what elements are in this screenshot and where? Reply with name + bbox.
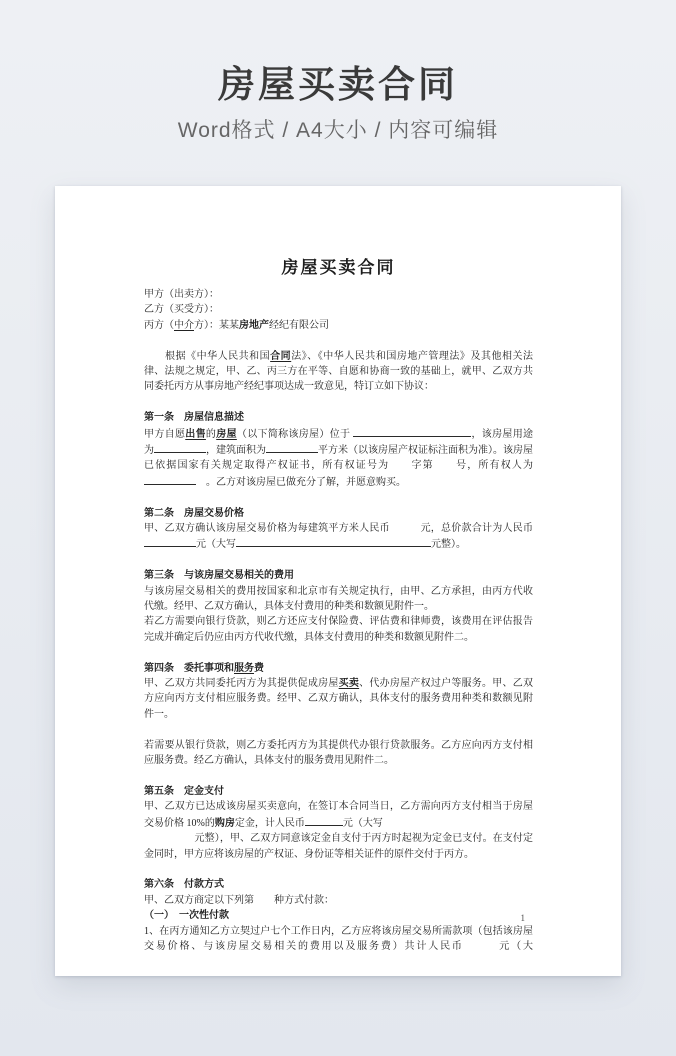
- section-heading: 第五条 定金支付: [144, 784, 533, 799]
- fill-in-blank: [144, 536, 196, 547]
- blank-line: [144, 490, 533, 505]
- text-run: 买卖: [339, 678, 360, 689]
- doc-paragraph: 若乙方需要向银行贷款，则乙方还应支付保险费、评估费和律师费，该费用在评估报告完成…: [144, 614, 533, 645]
- fill-in-blank: [144, 474, 196, 485]
- hero-title: 房屋买卖合同: [0, 62, 676, 108]
- blank-line: [144, 553, 533, 568]
- doc-title: 房屋买卖合同: [144, 256, 533, 280]
- text-run: 元整），甲、乙双方同意该定金自支付于丙方时起视为定金已支付。在支付定金同时，甲方…: [144, 833, 533, 859]
- text-run: 甲、乙双方共同委托丙方为其提供促成房屋: [144, 678, 339, 689]
- text-run: 第六条 付款方式: [144, 879, 224, 890]
- party-line: 乙方（买受方）：: [144, 302, 533, 317]
- text-run: 第四条 委托事项和: [144, 663, 234, 674]
- hero-subtitle: Word格式 / A4大小 / 内容可编辑: [0, 118, 676, 144]
- doc-paragraph: 元整），甲、乙双方同意该定金自支付于丙方时起视为定金已支付。在支付定金同时，甲方…: [144, 831, 533, 862]
- text-run: 的: [206, 429, 216, 440]
- sub-heading: （一） 一次性付款: [144, 908, 533, 923]
- doc-paragraph: 甲方自愿出售的房屋（以下简称该房屋）位于 ，该房屋用途为，建筑面积为平方米（以该…: [144, 426, 533, 491]
- text-run: 出售: [185, 429, 206, 440]
- text-run: 第一条 房屋信息描述: [144, 412, 244, 423]
- text-run: 中介: [174, 320, 194, 331]
- page-number: 1: [521, 913, 526, 923]
- text-run: 根据《中华人民共和国: [144, 351, 270, 362]
- text-run: 方）：某某: [194, 320, 239, 331]
- text-run: 定金，计人民币: [235, 818, 305, 829]
- section-heading: 第四条 委托事项和服务费: [144, 661, 533, 676]
- text-run: 1、在丙方通知乙方立契过户七个工作日内，乙方应将该房屋交易所需款项（包括该房屋交…: [144, 926, 533, 952]
- contract-page: 房屋买卖合同甲方（出卖方）：乙方（买受方）：丙方（中介方）：某某房地产经纪有限公…: [55, 186, 621, 976]
- blank-line: [144, 395, 533, 410]
- doc-paragraph: 甲、乙双方共同委托丙方为其提供促成房屋买卖、代办房屋产权过户等服务。甲、乙双方应…: [144, 676, 533, 722]
- doc-paragraph: 甲、乙双方已达成该房屋买卖意向，在签订本合同当日，乙方需向丙方支付相当于房屋交易…: [144, 799, 533, 831]
- fill-in-blank: [154, 442, 206, 453]
- doc-paragraph: 根据《中华人民共和国合同法》、《中华人民共和国房地产管理法》及其他相关法律、法规…: [144, 349, 533, 395]
- text-run: 元整）。: [431, 539, 466, 550]
- text-run: 第三条 与该房屋交易相关的费用: [144, 570, 294, 581]
- blank-line: [144, 645, 533, 660]
- text-run: 乙方（买受方）：: [144, 304, 219, 315]
- text-run: 房屋买卖合同: [282, 258, 396, 277]
- text-run: 若乙方需要向银行贷款，则乙方还应支付保险费、评估费和律师费，该费用在评估报告完成…: [144, 616, 533, 642]
- text-run: ，建筑面积为: [206, 445, 266, 456]
- fill-in-blank: [236, 536, 431, 547]
- text-run: 丙方（: [144, 320, 174, 331]
- text-run: 元（大写: [196, 539, 236, 550]
- section-heading: 第三条 与该房屋交易相关的费用: [144, 568, 533, 583]
- section-heading: 第六条 付款方式: [144, 877, 533, 892]
- text-run: 房地产: [239, 320, 269, 331]
- doc-paragraph: 甲、乙双方确认该房屋交易价格为每建筑平方米人民币 元，总价款合计为人民币元（大写…: [144, 521, 533, 553]
- text-run: 甲方自愿: [144, 429, 185, 440]
- section-heading: 第二条 房屋交易价格: [144, 506, 533, 521]
- fill-in-blank: [305, 815, 343, 826]
- doc-paragraph: 甲、乙双方商定以下列第 种方式付款：: [144, 893, 533, 908]
- text-run: 服务: [234, 663, 254, 674]
- blank-line: [144, 722, 533, 737]
- text-run: 经纪有限公司: [269, 320, 329, 331]
- doc-paragraph: 与该房屋交易相关的费用按国家和北京市有关规定执行，由甲、乙方承担，由丙方代收代缴…: [144, 584, 533, 615]
- party-line: 甲方（出卖方）：: [144, 287, 533, 302]
- blank-line: [144, 333, 533, 348]
- document-body: 房屋买卖合同甲方（出卖方）：乙方（买受方）：丙方（中介方）：某某房地产经纪有限公…: [144, 256, 533, 954]
- text-run: 。乙方对该房屋已做充分了解，并愿意购买。: [196, 477, 406, 488]
- text-run: 房屋: [216, 429, 237, 440]
- fill-in-blank: [266, 442, 318, 453]
- text-run: 甲方（出卖方）：: [144, 289, 219, 300]
- text-run: 合同: [270, 351, 291, 362]
- text-run: （以下简称该房屋）位于: [237, 429, 353, 440]
- text-run: 甲、乙双方商定以下列第 种方式付款：: [144, 895, 334, 906]
- text-run: 购房: [215, 818, 235, 829]
- text-run: 费: [254, 663, 264, 674]
- section-heading: 第一条 房屋信息描述: [144, 410, 533, 425]
- doc-paragraph: 1、在丙方通知乙方立契过户七个工作日内，乙方应将该房屋交易所需款项（包括该房屋交…: [144, 924, 533, 955]
- blank-line: [144, 862, 533, 877]
- fill-in-blank: [353, 426, 471, 437]
- blank-line: [144, 769, 533, 784]
- text-run: 与该房屋交易相关的费用按国家和北京市有关规定执行，由甲、乙方承担，由丙方代收代缴…: [144, 586, 533, 612]
- text-run: 甲、乙双方确认该房屋交易价格为每建筑平方米人民币 元，总价款合计为人民币: [144, 523, 533, 534]
- text-run: 第二条 房屋交易价格: [144, 508, 244, 519]
- text-run: 元（大写: [343, 818, 383, 829]
- text-run: （一） 一次性付款: [144, 910, 229, 921]
- party-line: 丙方（中介方）：某某房地产经纪有限公司: [144, 318, 533, 333]
- text-run: 第五条 定金支付: [144, 786, 224, 797]
- text-run: 若需要从银行贷款，则乙方委托丙方为其提供代办银行贷款服务。乙方应向丙方支付相应服…: [144, 740, 533, 766]
- hero-header: 房屋买卖合同 Word格式 / A4大小 / 内容可编辑: [0, 0, 676, 144]
- doc-paragraph: 若需要从银行贷款，则乙方委托丙方为其提供代办银行贷款服务。乙方应向丙方支付相应服…: [144, 738, 533, 769]
